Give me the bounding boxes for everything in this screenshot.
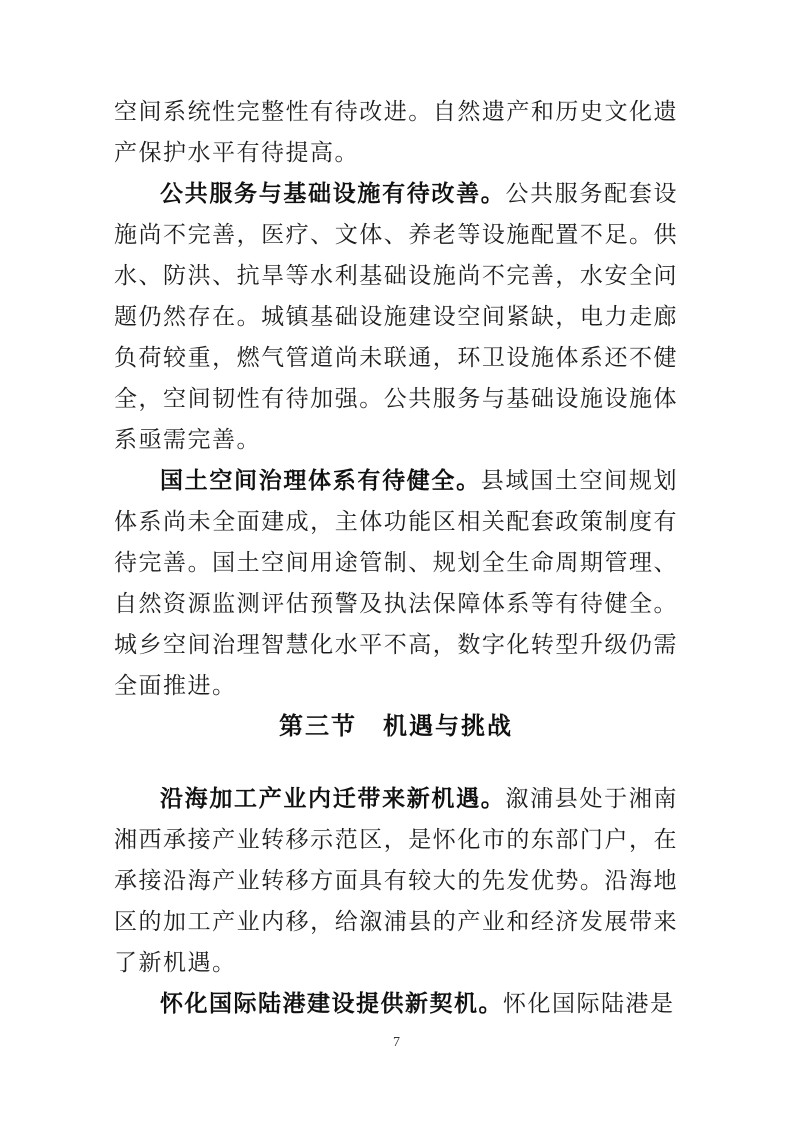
paragraph-text: 怀化国际陆港是 <box>503 991 675 1016</box>
document-page: 空间系统性完整性有待改进。自然遗产和历史文化遗产保护水平有待提高。 公共服务与基… <box>0 0 793 1122</box>
section-heading: 第三节 机遇与挑战 <box>114 706 678 747</box>
paragraph-lead: 公共服务与基础设施有待改善。 <box>160 180 505 206</box>
page-number: 7 <box>0 1033 793 1053</box>
paragraph: 沿海加工产业内迁带来新机遇。溆浦县处于湘南湘西承接产业转移示范区，是怀化市的东部… <box>114 778 678 983</box>
paragraph-lead: 国土空间治理体系有待健全。 <box>160 467 481 493</box>
text-block: 空间系统性完整性有待改进。自然遗产和历史文化遗产保护水平有待提高。 公共服务与基… <box>114 91 678 1024</box>
paragraph-text: 溆浦县处于湘南湘西承接产业转移示范区，是怀化市的东部门户，在承接沿海产业转移方面… <box>114 786 678 975</box>
paragraph-lead: 沿海加工产业内迁带来新机遇。 <box>160 785 505 811</box>
paragraph-lead: 怀化国际陆港建设提供新契机。 <box>160 990 503 1016</box>
paragraph-text: 县域国土空间规划体系尚未全面建成，主体功能区相关配套政策制度有待完善。国土空间用… <box>114 468 678 698</box>
paragraph-text: 空间系统性完整性有待改进。自然遗产和历史文化遗产保护水平有待提高。 <box>114 99 678 165</box>
paragraph-continuation: 空间系统性完整性有待改进。自然遗产和历史文化遗产保护水平有待提高。 <box>114 91 678 173</box>
paragraph-text: 公共服务配套设施尚不完善，医疗、文体、养老等设施配置不足。供水、防洪、抗旱等水利… <box>114 181 678 452</box>
paragraph: 怀化国际陆港建设提供新契机。怀化国际陆港是 <box>114 983 678 1024</box>
paragraph: 公共服务与基础设施有待改善。公共服务配套设施尚不完善，医疗、文体、养老等设施配置… <box>114 173 678 460</box>
paragraph: 国土空间治理体系有待健全。县域国土空间规划体系尚未全面建成，主体功能区相关配套政… <box>114 460 678 706</box>
